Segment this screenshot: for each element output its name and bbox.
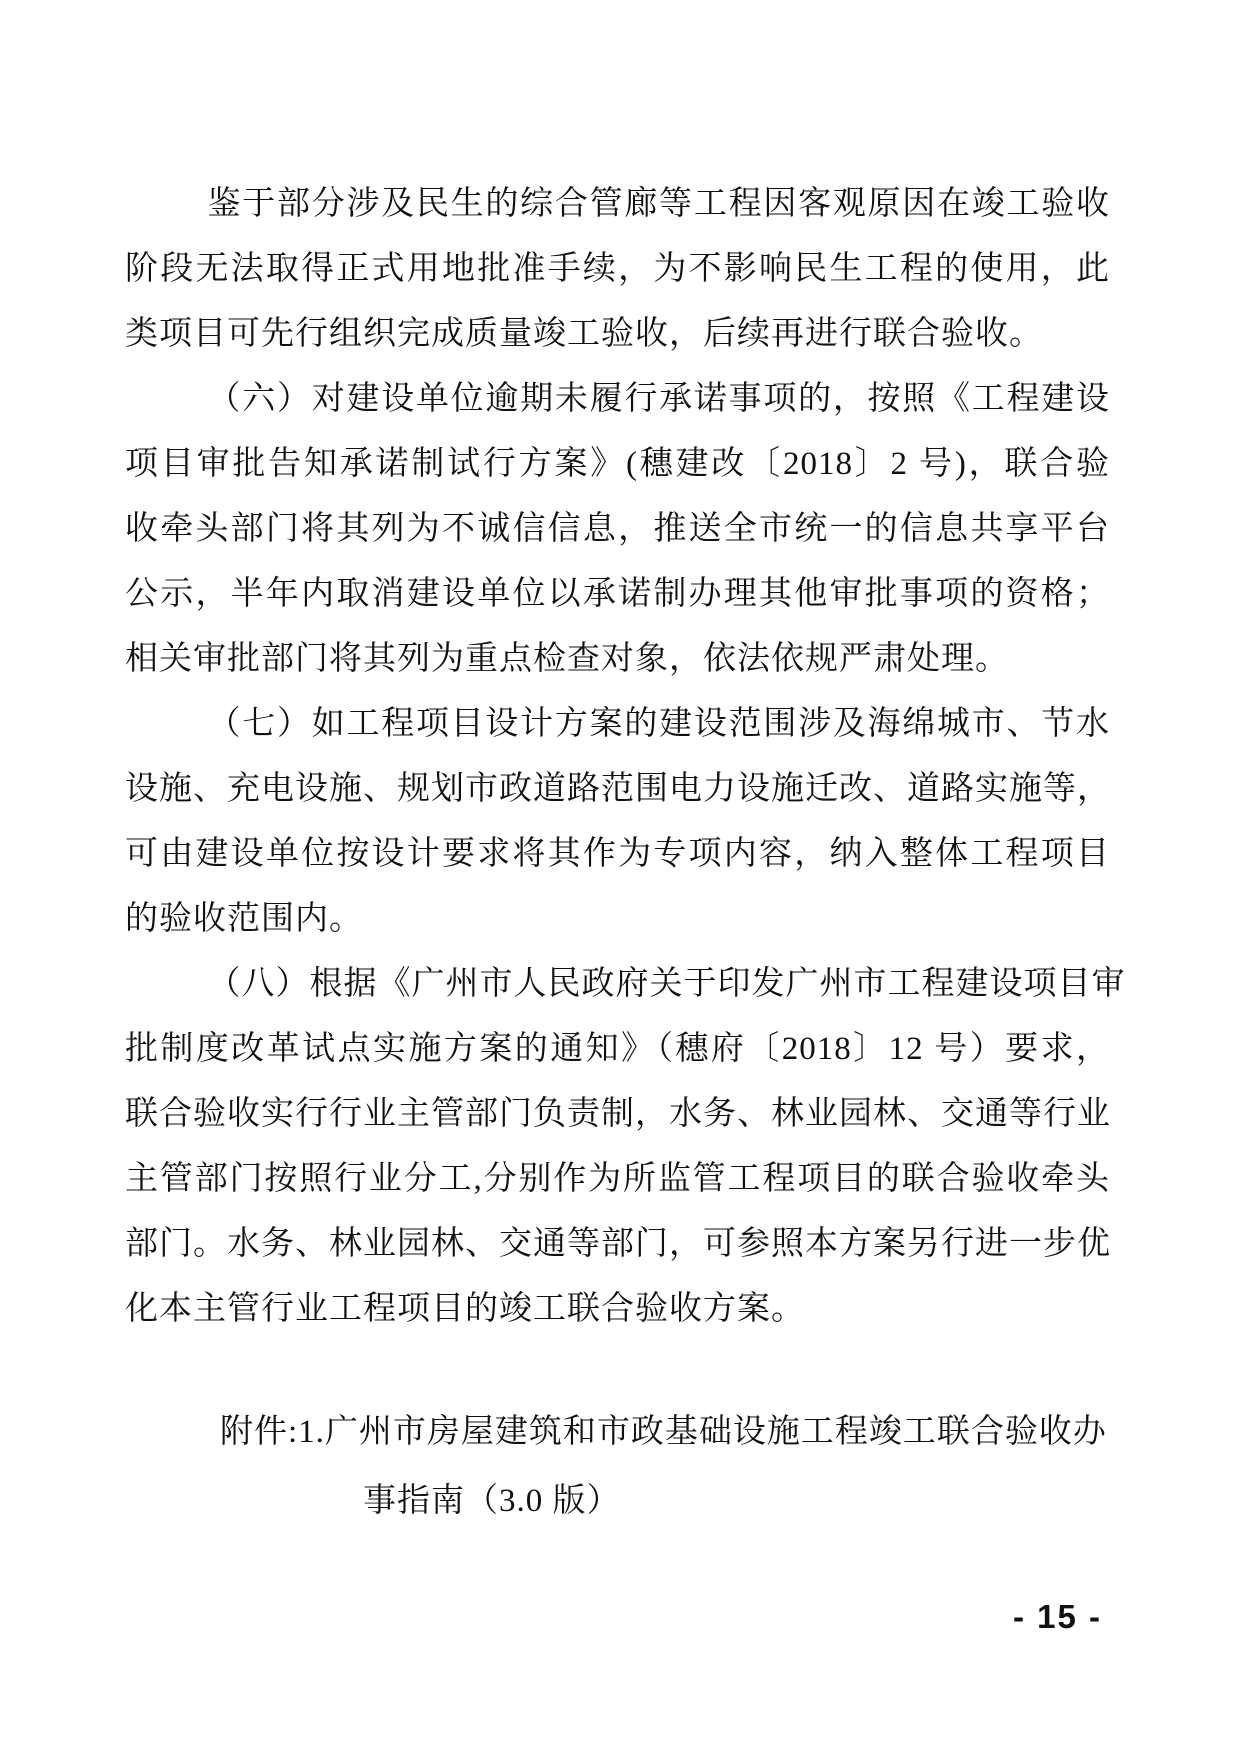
body-line: 化本主管行业工程项目的竣工联合验收方案。 bbox=[125, 1277, 1110, 1342]
body-line: 的验收范围内。 bbox=[125, 887, 1110, 952]
body-line: 批制度改革试点实施方案的通知》（穗府〔2018〕12 号）要求， bbox=[125, 1017, 1110, 1082]
body-line: 主管部门按照行业分工,分别作为所监管工程项目的联合验收牵头 bbox=[125, 1147, 1110, 1212]
attachment-line: 事指南（3.0 版） bbox=[125, 1467, 1125, 1536]
attachment-line: 附件:1.广州市房屋建筑和市政基础设施工程竣工联合验收办 bbox=[125, 1398, 1125, 1467]
body-line: （六）对建设单位逾期未履行承诺事项的，按照《工程建设 bbox=[125, 367, 1110, 432]
body-line: 相关审批部门将其列为重点检查对象，依法依规严肃处理。 bbox=[125, 627, 1110, 692]
body-line: 类项目可先行组织完成质量竣工验收，后续再进行联合验收。 bbox=[125, 302, 1110, 367]
document-body: 鉴于部分涉及民生的综合管廊等工程因客观原因在竣工验收 阶段无法取得正式用地批准手… bbox=[125, 172, 1110, 1342]
body-line: 收牵头部门将其列为不诚信信息，推送全市统一的信息共享平台 bbox=[125, 497, 1110, 562]
document-page: 鉴于部分涉及民生的综合管廊等工程因客观原因在竣工验收 阶段无法取得正式用地批准手… bbox=[0, 0, 1240, 1754]
body-line: 项目审批告知承诺制试行方案》(穗建改〔2018〕2 号)，联合验 bbox=[125, 432, 1110, 497]
page-number: - 15 - bbox=[1013, 1598, 1102, 1636]
body-line: 设施、充电设施、规划市政道路范围电力设施迁改、道路实施等， bbox=[125, 757, 1110, 822]
body-line: 部门。水务、林业园林、交通等部门，可参照本方案另行进一步优 bbox=[125, 1212, 1110, 1277]
body-line: 可由建设单位按设计要求将其作为专项内容，纳入整体工程项目 bbox=[125, 822, 1110, 887]
body-line: 阶段无法取得正式用地批准手续，为不影响民生工程的使用，此 bbox=[125, 237, 1110, 302]
body-line: 公示，半年内取消建设单位以承诺制办理其他审批事项的资格； bbox=[125, 562, 1110, 627]
body-line: 联合验收实行行业主管部门负责制，水务、林业园林、交通等行业 bbox=[125, 1082, 1110, 1147]
body-line: （七）如工程项目设计方案的建设范围涉及海绵城市、节水 bbox=[125, 692, 1110, 757]
body-line: （八）根据《广州市人民政府关于印发广州市工程建设项目审 bbox=[125, 952, 1110, 1017]
attachment-note: 附件:1.广州市房屋建筑和市政基础设施工程竣工联合验收办 事指南（3.0 版） bbox=[125, 1398, 1125, 1536]
body-line: 鉴于部分涉及民生的综合管廊等工程因客观原因在竣工验收 bbox=[125, 172, 1110, 237]
